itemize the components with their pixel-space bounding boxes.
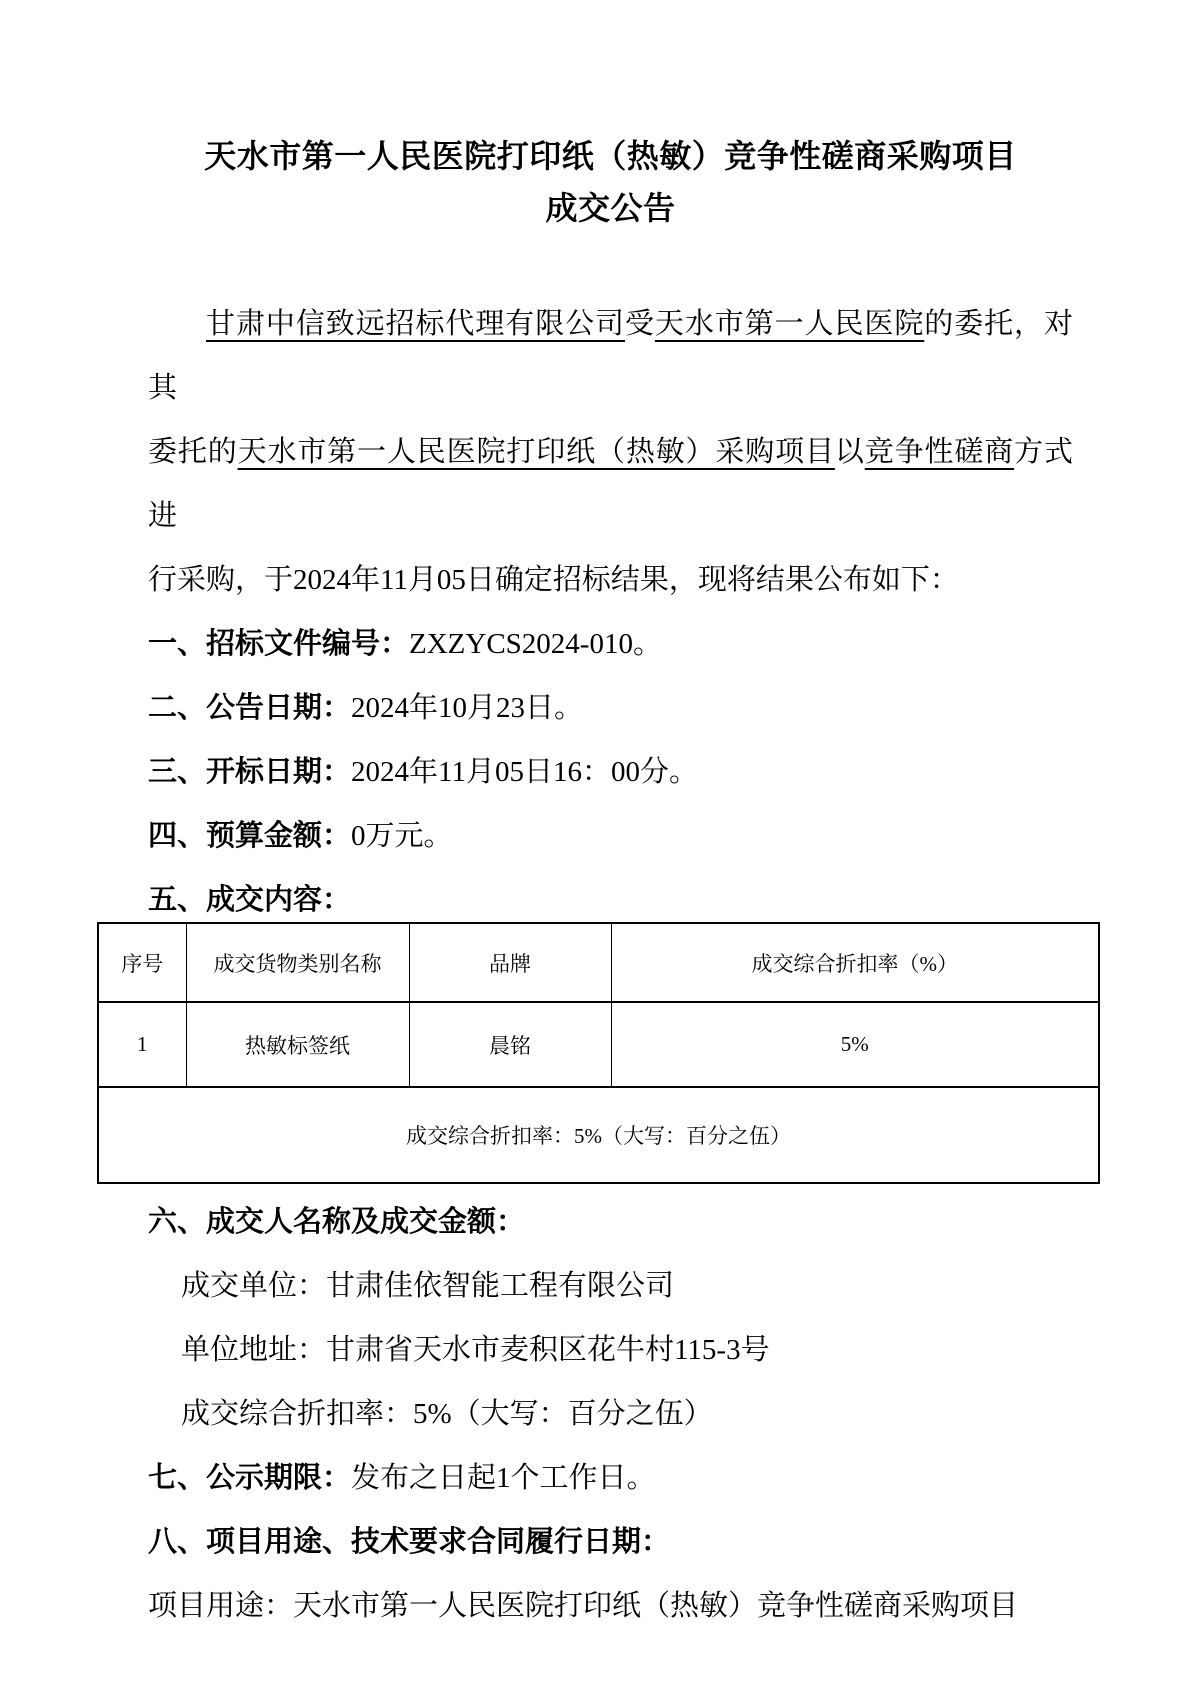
cell-goods-category: 热敏标签纸	[186, 1002, 409, 1087]
underlined-text: 天水市第一人民医院	[655, 308, 924, 340]
section-label: 七、公示期限：	[148, 1462, 351, 1494]
header-brand: 品牌	[409, 923, 611, 1002]
plain-text: 行采购，于2024年11月05日确定招标结果，现将结果公布如下：	[148, 564, 959, 596]
item-tender-doc-number: 一、招标文件编号：ZXZYCS2024-010。	[148, 612, 1073, 676]
underlined-text: 甘肃中信致远招标代理有限公司	[206, 308, 625, 340]
header-goods-category: 成交货物类别名称	[186, 923, 409, 1002]
item-announcement-date: 二、公告日期：2024年10月23日。	[148, 676, 1073, 740]
award-table: 序号 成交货物类别名称 品牌 成交综合折扣率（%） 1 热敏标签纸 晨铭 5% …	[97, 922, 1100, 1184]
title-line-1: 天水市第一人民医院打印纸（热敏）竞争性磋商采购项目	[148, 130, 1073, 182]
table-footer-note: 成交综合折扣率：5%（大写：百分之伍）	[98, 1087, 1099, 1183]
cell-seq: 1	[98, 1002, 186, 1087]
table-row: 1 热敏标签纸 晨铭 5%	[98, 1002, 1099, 1087]
item-budget-amount: 四、预算金额：0万元。	[148, 804, 1073, 868]
section-label: 八、项目用途、技术要求合同履行日期：	[148, 1526, 670, 1558]
plain-text: 受	[625, 308, 655, 340]
item-label: 五、成交内容：	[148, 884, 351, 916]
item-value: 0万元。	[351, 820, 453, 852]
item-value: ZXZYCS2024-010。	[409, 628, 662, 660]
cell-discount-rate: 5%	[611, 1002, 1099, 1087]
document-title: 天水市第一人民医院打印纸（热敏）竞争性磋商采购项目 成交公告	[148, 130, 1073, 234]
cell-brand: 晨铭	[409, 1002, 611, 1087]
detail-discount-rate: 成交综合折扣率：5%（大写：百分之伍）	[148, 1382, 1073, 1446]
underlined-text: 天水市第一人民医院打印纸（热敏）采购项目	[238, 436, 835, 468]
detail-awardee-address: 单位地址：甘肃省天水市麦积区花牛村115-3号	[148, 1318, 1073, 1382]
section-value: 发布之日起1个工作日。	[351, 1462, 656, 1494]
detail-awardee-name: 成交单位：甘肃佳依智能工程有限公司	[148, 1254, 1073, 1318]
document-page: 天水市第一人民医院打印纸（热敏）竞争性磋商采购项目 成交公告 甘肃中信致远招标代…	[0, 0, 1191, 1684]
table-footer-row: 成交综合折扣率：5%（大写：百分之伍）	[98, 1087, 1099, 1183]
item-value: 2024年10月23日。	[351, 692, 583, 724]
item-bid-opening-date: 三、开标日期：2024年11月05日16：00分。	[148, 740, 1073, 804]
item-label: 三、开标日期：	[148, 756, 351, 788]
section-awardee-heading: 六、成交人名称及成交金额：	[148, 1190, 1073, 1254]
intro-line-3: 行采购，于2024年11月05日确定招标结果，现将结果公布如下：	[148, 548, 1073, 612]
table-header-row: 序号 成交货物类别名称 品牌 成交综合折扣率（%）	[98, 923, 1099, 1002]
plain-text: 委托的	[148, 436, 238, 468]
underlined-text: 竞争性磋商	[865, 436, 1014, 468]
section-label: 六、成交人名称及成交金额：	[148, 1206, 525, 1238]
item-label: 二、公告日期：	[148, 692, 351, 724]
project-usage-line: 项目用途：天水市第一人民医院打印纸（热敏）竞争性磋商采购项目	[148, 1574, 1073, 1638]
section-project-usage-heading: 八、项目用途、技术要求合同履行日期：	[148, 1510, 1073, 1574]
header-discount-rate: 成交综合折扣率（%）	[611, 923, 1099, 1002]
item-label: 四、预算金额：	[148, 820, 351, 852]
title-line-2: 成交公告	[148, 182, 1073, 234]
intro-paragraph: 甘肃中信致远招标代理有限公司受天水市第一人民医院的委托，对其 委托的天水市第一人…	[148, 292, 1073, 612]
item-value: 2024年11月05日16：00分。	[351, 756, 698, 788]
intro-line-1: 甘肃中信致远招标代理有限公司受天水市第一人民医院的委托，对其	[148, 292, 1073, 420]
item-label: 一、招标文件编号：	[148, 628, 409, 660]
plain-text: 以	[835, 436, 865, 468]
document-content: 天水市第一人民医院打印纸（热敏）竞争性磋商采购项目 成交公告 甘肃中信致远招标代…	[0, 0, 1191, 1638]
header-seq: 序号	[98, 923, 186, 1002]
section-publicity-period: 七、公示期限：发布之日起1个工作日。	[148, 1446, 1073, 1510]
intro-line-2: 委托的天水市第一人民医院打印纸（热敏）采购项目以竞争性磋商方式进	[148, 420, 1073, 548]
